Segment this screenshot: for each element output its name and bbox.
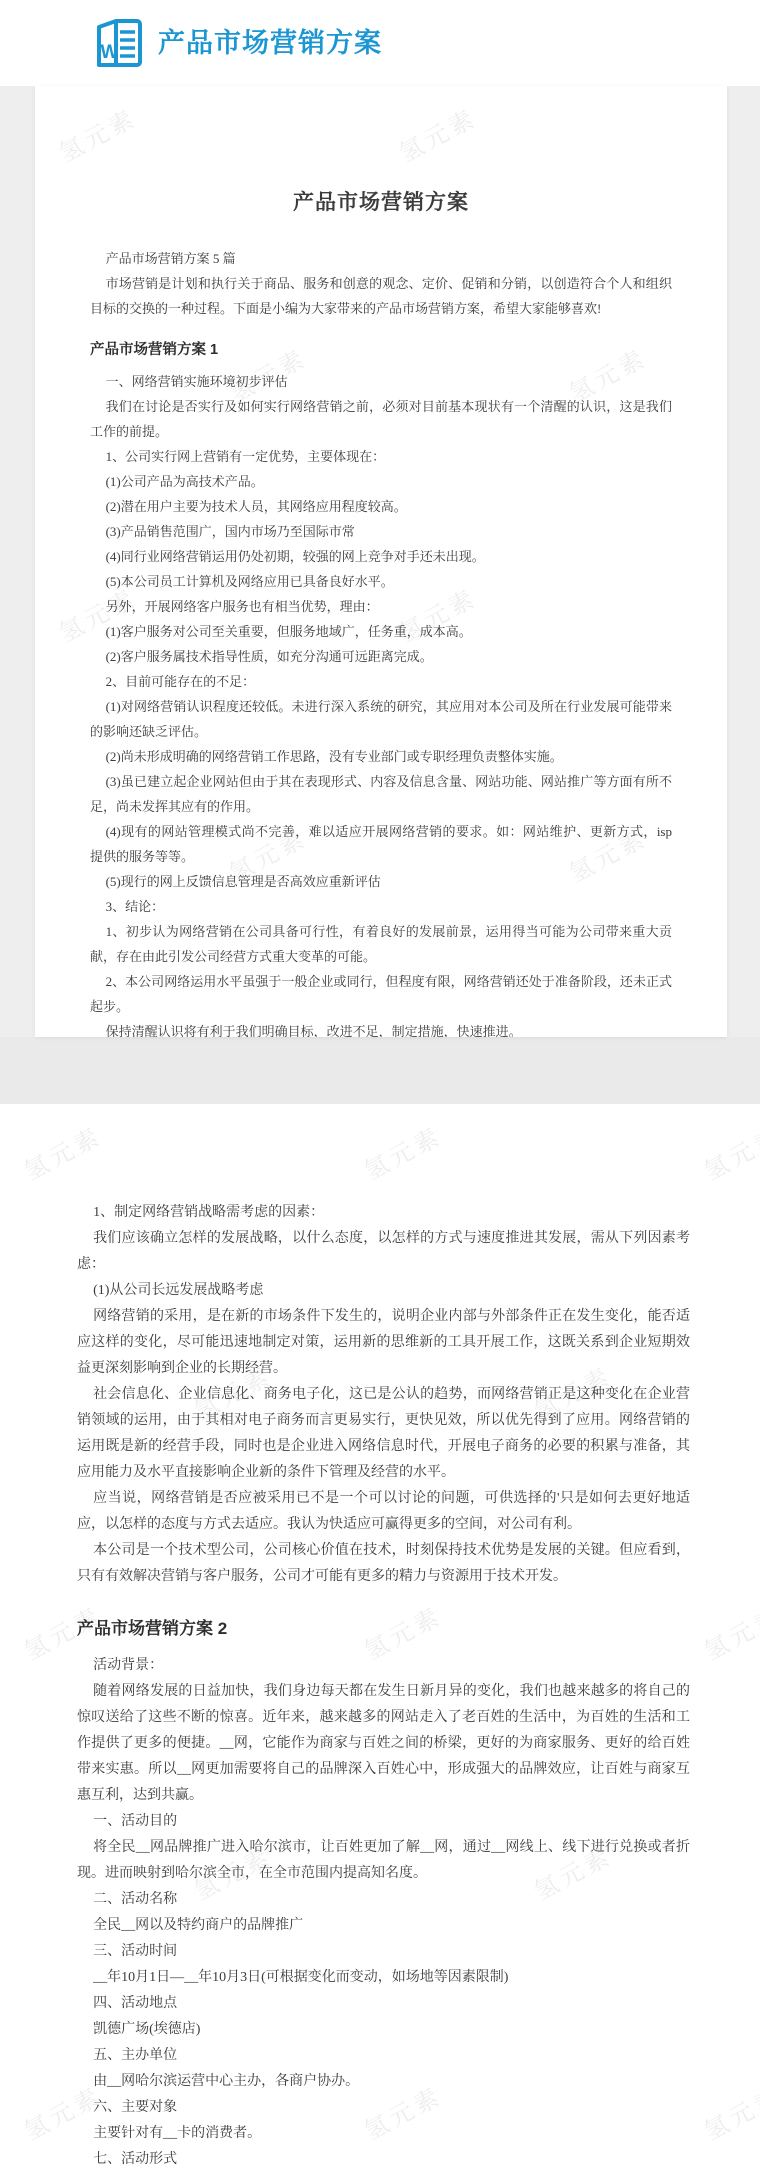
paragraph: 应当说，网络营销是否应被采用已不是一个可以讨论的问题，可供选择的'只是如何去更好…	[77, 1486, 690, 1538]
watermark-text: 氢元素	[697, 2076, 760, 2146]
paragraph: 另外，开展网络客户服务也有相当优势，理由：	[90, 594, 672, 619]
site-logo[interactable]: W 产品市场营销方案	[92, 17, 382, 69]
paragraph: 活动背景：	[77, 1653, 690, 1679]
paragraph: 一、活动目的	[77, 1809, 690, 1835]
document-title: 产品市场营销方案	[90, 186, 672, 216]
paragraph: 我们在讨论是否实行及如何实行网络营销之前，必须对目前基本现状有一个清醒的认识，这…	[90, 394, 672, 444]
paragraph: 产品市场营销方案 5 篇	[90, 246, 672, 271]
section-heading: 产品市场营销方案 1	[90, 338, 672, 359]
paragraph: 五、主办单位	[77, 2043, 690, 2069]
paragraph: 1、初步认为网络营销在公司具备可行性，有着良好的发展前景，运用得当可能为公司带来…	[90, 919, 672, 969]
paragraph: 社会信息化、企业信息化、商务电子化，这已是公认的趋势，而网络营销正是这种变化在企…	[77, 1382, 690, 1486]
paragraph: __年10月1日—__年10月3日(可根据变化而变动，如场地等因素限制)	[77, 1965, 690, 1991]
paragraph: 由__网哈尔滨运营中心主办，各商户协办。	[77, 2069, 690, 2095]
paragraph: 随着网络发展的日益加快，我们身边每天都在发生日新月异的变化，我们也越来越多的将自…	[77, 1679, 690, 1809]
svg-text:W: W	[101, 42, 119, 63]
paragraph: 主要针对有__卡的消费者。	[77, 2121, 690, 2147]
paragraph: 七、活动形式	[77, 2147, 690, 2173]
paragraph: 六、主要对象	[77, 2095, 690, 2121]
paragraph: (1)客户服务对公司至关重要，但服务地域广，任务重，成本高。	[90, 619, 672, 644]
paragraph: (3)产品销售范围广，国内市场乃至国际市常	[90, 519, 672, 544]
paragraph: (1)对网络营销认识程度还较低。未进行深入系统的研究，其应用对本公司及所在行业发…	[90, 694, 672, 744]
watermark-text: 氢元素	[17, 1116, 108, 1186]
watermark-text: 氢元素	[697, 1116, 760, 1186]
paragraph: 三、活动时间	[77, 1939, 690, 1965]
paragraph: 1、制定网络营销战略需考虑的因素：	[77, 1200, 690, 1226]
paragraph: 全民__网以及特约商户的品牌推广	[77, 1913, 690, 1939]
page-gap	[0, 1037, 760, 1104]
section-heading: 产品市场营销方案 2	[77, 1614, 690, 1639]
paragraph: 3、结论：	[90, 894, 672, 919]
paragraph: (2)客户服务属技术指导性质，如充分沟通可远距离完成。	[90, 644, 672, 669]
site-title: 产品市场营销方案	[158, 30, 382, 57]
paragraph: 四、活动地点	[77, 1991, 690, 2017]
paragraph: 将全民__网品牌推广进入哈尔滨市，让百姓更加了解__网，通过__网线上、线下进行…	[77, 1835, 690, 1887]
paragraph: 网络营销的采用，是在新的市场条件下发生的，说明企业内部与外部条件正在发生变化，能…	[77, 1304, 690, 1382]
watermark-text: 氢元素	[52, 98, 143, 168]
document-page-1: 氢元素氢元素氢元素氢元素氢元素氢元素氢元素氢元素 产品市场营销方案产品市场营销方…	[35, 86, 727, 1037]
paragraph: (5)现行的网上反馈信息管理是否高效应重新评估	[90, 869, 672, 894]
paragraph: 1、公司实行网上营销有一定优势，主要体现在：	[90, 444, 672, 469]
paragraph: 保持清醒认识将有利于我们明确目标，改进不足，制定措施，快速推进。	[90, 1019, 672, 1037]
word-document-icon: W	[92, 17, 146, 69]
paragraph: (1)公司产品为高技术产品。	[90, 469, 672, 494]
paragraph: 我们应该确立怎样的发展战略，以什么态度，以怎样的方式与速度推进其发展，需从下列因…	[77, 1226, 690, 1278]
paragraph: (5)本公司员工计算机及网络应用已具备良好水平。	[90, 569, 672, 594]
paragraph: (4)同行业网络营销运用仍处初期，较强的网上竞争对手还未出现。	[90, 544, 672, 569]
paragraph: 二、活动名称	[77, 1887, 690, 1913]
site-header: W 产品市场营销方案	[0, 0, 760, 86]
paragraph: (2)尚未形成明确的网络营销工作思路，没有专业部门或专职经理负责整体实施。	[90, 744, 672, 769]
paragraph: 凯德广场(埃德店)	[77, 2017, 690, 2043]
paragraph: 本公司是一个技术型公司，公司核心价值在技术，时刻保持技术优势是发展的关键。但应看…	[77, 1538, 690, 1590]
paragraph: (3)虽已建立起企业网站但由于其在表现形式、内容及信息含量、网站功能、网站推广等…	[90, 769, 672, 819]
paragraph: 市场营销是计划和执行关于商品、服务和创意的观念、定价、促销和分销，以创造符合个人…	[90, 271, 672, 321]
paragraph: 2、本公司网络运用水平虽强于一般企业或同行，但程度有限，网络营销还处于准备阶段，…	[90, 969, 672, 1019]
page2-content: 1、制定网络营销战略需考虑的因素：我们应该确立怎样的发展战略，以什么态度，以怎样…	[77, 1200, 690, 2173]
paragraph: (1)从公司长远发展战略考虑	[77, 1278, 690, 1304]
paragraph: 2、目前可能存在的不足：	[90, 669, 672, 694]
paragraph: (2)潜在用户主要为技术人员，其网络应用程度较高。	[90, 494, 672, 519]
watermark-text: 氢元素	[392, 98, 483, 168]
page1-content: 产品市场营销方案产品市场营销方案 5 篇市场营销是计划和执行关于商品、服务和创意…	[90, 186, 672, 1037]
paragraph: 一、网络营销实施环境初步评估	[90, 369, 672, 394]
watermark-text: 氢元素	[357, 1116, 448, 1186]
watermark-text: 氢元素	[697, 1596, 760, 1666]
paragraph: (4)现有的网站管理模式尚不完善，难以适应开展网络营销的要求。如：网站维护、更新…	[90, 819, 672, 869]
document-page-2: 氢元素氢元素氢元素氢元素氢元素氢元素氢元素氢元素氢元素氢元素氢元素氢元素氢元素氢…	[0, 1104, 760, 2178]
